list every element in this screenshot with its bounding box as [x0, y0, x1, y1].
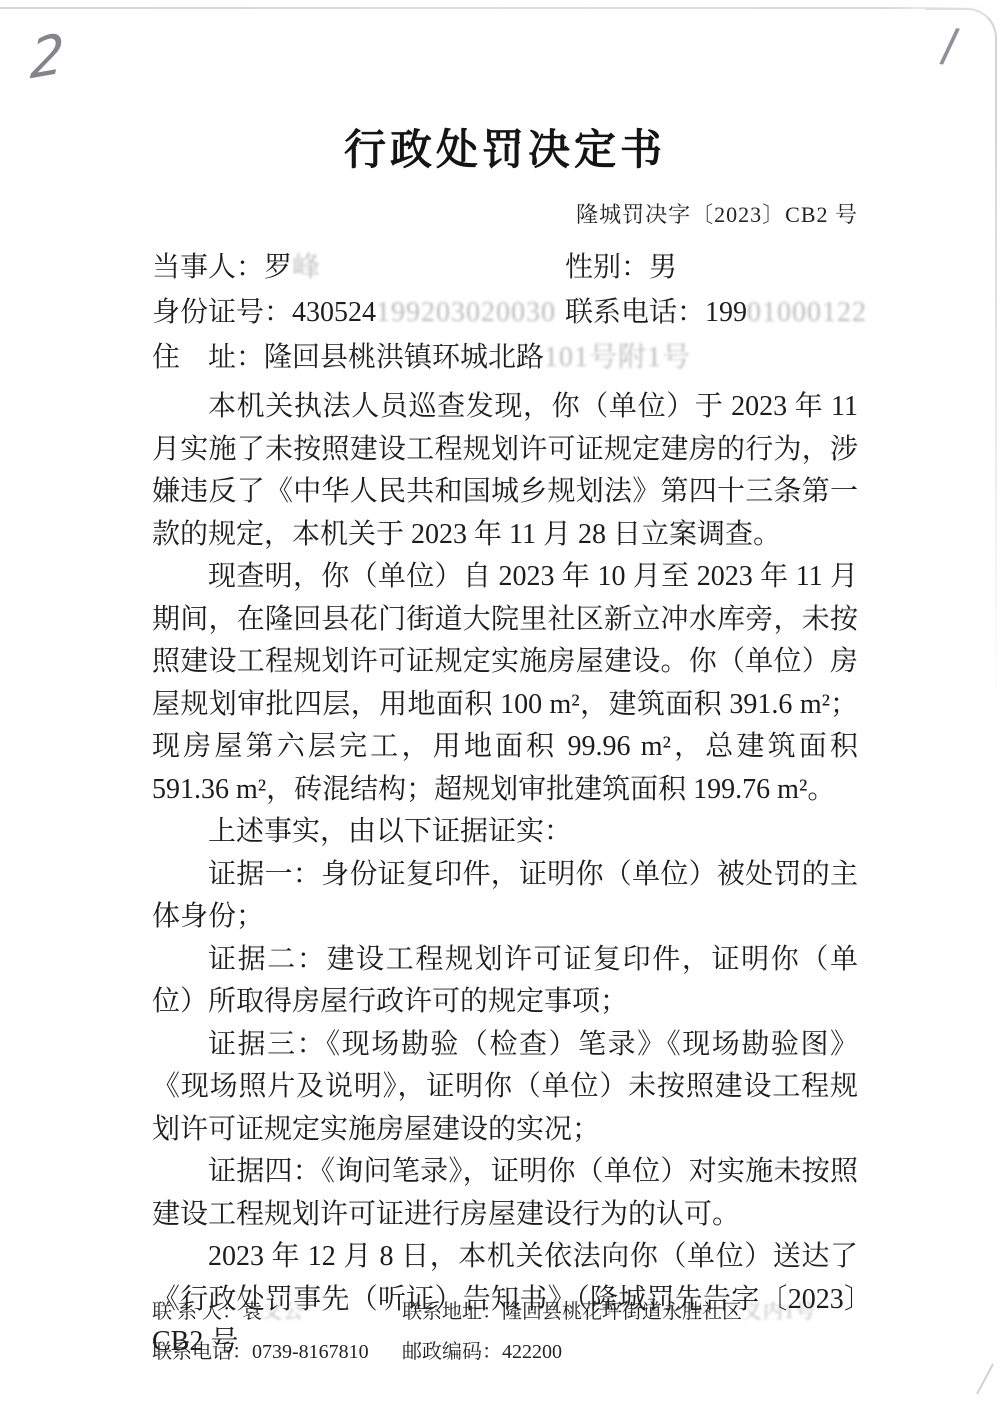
- footer-contact-label: 联 系 人：: [152, 1301, 242, 1323]
- paragraph-evidence-3: 证据三：《现场勘验（检查）笔录》《现场勘验图》《现场照片及说明》，证明你（单位）…: [152, 1024, 858, 1152]
- party-id-label: 身份证号：: [152, 297, 292, 328]
- document-body: 本机关执法人员巡查发现，你（单位）于 2023 年 11 月实施了未按照建设工程…: [152, 386, 858, 1364]
- footer-contact-redacted: 文公: [262, 1301, 304, 1323]
- footer-phone-field: 联系电话：0739-8167810: [152, 1332, 402, 1372]
- footer-contact-address-label: 联系地址：: [402, 1301, 502, 1323]
- scan-page-corner-top-right: [925, 8, 997, 140]
- party-id-redacted: 199203020030: [376, 297, 556, 328]
- footer-contact-address-field: 联系地址：隆回县桃花坪街道永胜社区义内1号: [402, 1292, 882, 1332]
- party-phone-label: 联系电话：: [565, 297, 705, 328]
- party-phone-value: 199: [705, 297, 747, 328]
- party-phone-field: 联系电话：19901000122: [565, 290, 867, 335]
- paragraph-evidence-1: 证据一：身份证复印件，证明你（单位）被处罚的主体身份；: [152, 854, 858, 939]
- document-title: 行政处罚决定书: [152, 128, 858, 174]
- party-address-redacted: 101号附1号: [544, 342, 691, 373]
- scanned-document-page: 2 / 行政处罚决定书 隆城罚决字〔2023〕CB2 号 当事人：罗峰 性别：男…: [0, 0, 1000, 1414]
- footer-contact-address-value: 隆回县桃花坪街道永胜社区: [502, 1301, 742, 1323]
- footer-postcode-field: 邮政编码：422200: [402, 1332, 882, 1372]
- document-footer: 联 系 人：袁文公 联系地址：隆回县桃花坪街道永胜社区义内1号 联系电话：073…: [152, 1292, 882, 1372]
- party-row-address: 住 址：隆回县桃洪镇环城北路101号附1号: [152, 335, 858, 380]
- scan-edge-right-line: [995, 120, 997, 820]
- party-row-name-gender: 当事人：罗峰 性别：男: [152, 245, 858, 290]
- party-gender-field: 性别：男: [565, 245, 858, 290]
- footer-phone-value: 0739-8167810: [252, 1341, 369, 1363]
- footer-row-contact: 联 系 人：袁文公 联系地址：隆回县桃花坪街道永胜社区义内1号: [152, 1292, 882, 1332]
- document-content: 行政处罚决定书 隆城罚决字〔2023〕CB2 号 当事人：罗峰 性别：男 身份证…: [152, 0, 858, 1364]
- footer-postcode-value: 422200: [502, 1341, 562, 1363]
- paragraph-evidence-2: 证据二：建设工程规划许可证复印件，证明你（单位）所取得房屋行政许可的规定事项；: [152, 939, 858, 1024]
- party-address-value: 隆回县桃洪镇环城北路: [264, 342, 544, 373]
- party-row-id-phone: 身份证号：430524199203020030 联系电话：19901000122: [152, 290, 858, 335]
- party-gender-value: 男: [649, 252, 677, 283]
- party-id-value: 430524: [292, 297, 376, 328]
- handwritten-page-number-left: 2: [29, 26, 65, 87]
- footer-phone-label: 联系电话：: [152, 1341, 252, 1363]
- party-phone-redacted: 01000122: [747, 297, 867, 328]
- footer-contact-field: 联 系 人：袁文公: [152, 1292, 402, 1332]
- paragraph-facts-found: 现查明，你（单位）自 2023 年 10 月至 2023 年 11 月期间，在隆…: [152, 556, 858, 811]
- party-address-label: 住 址：: [152, 342, 264, 373]
- footer-contact-value: 袁: [242, 1301, 262, 1323]
- party-id-field: 身份证号：430524199203020030: [152, 290, 565, 335]
- party-name-value: 罗: [264, 252, 292, 283]
- party-name-redacted: 峰: [292, 252, 321, 283]
- footer-contact-address-redacted: 义内1号: [742, 1301, 816, 1323]
- paragraph-evidence-4: 证据四：《询问笔录》，证明你（单位）对实施未按照建设工程规划许可证进行房屋建设行…: [152, 1151, 858, 1236]
- scan-mark-bottom-right: [976, 1364, 994, 1395]
- paragraph-evidence-intro: 上述事实，由以下证据证实：: [152, 811, 858, 854]
- document-number: 隆城罚决字〔2023〕CB2 号: [152, 198, 858, 229]
- paragraph-investigation-found: 本机关执法人员巡查发现，你（单位）于 2023 年 11 月实施了未按照建设工程…: [152, 386, 858, 556]
- footer-row-phone: 联系电话：0739-8167810 邮政编码：422200: [152, 1332, 882, 1372]
- party-name-label: 当事人：: [152, 252, 264, 283]
- party-gender-label: 性别：: [565, 252, 649, 283]
- footer-postcode-label: 邮政编码：: [402, 1341, 502, 1363]
- party-info-block: 当事人：罗峰 性别：男 身份证号：430524199203020030 联系电话…: [152, 245, 858, 380]
- party-name-field: 当事人：罗峰: [152, 245, 565, 290]
- party-address-field: 住 址：隆回县桃洪镇环城北路101号附1号: [152, 335, 691, 380]
